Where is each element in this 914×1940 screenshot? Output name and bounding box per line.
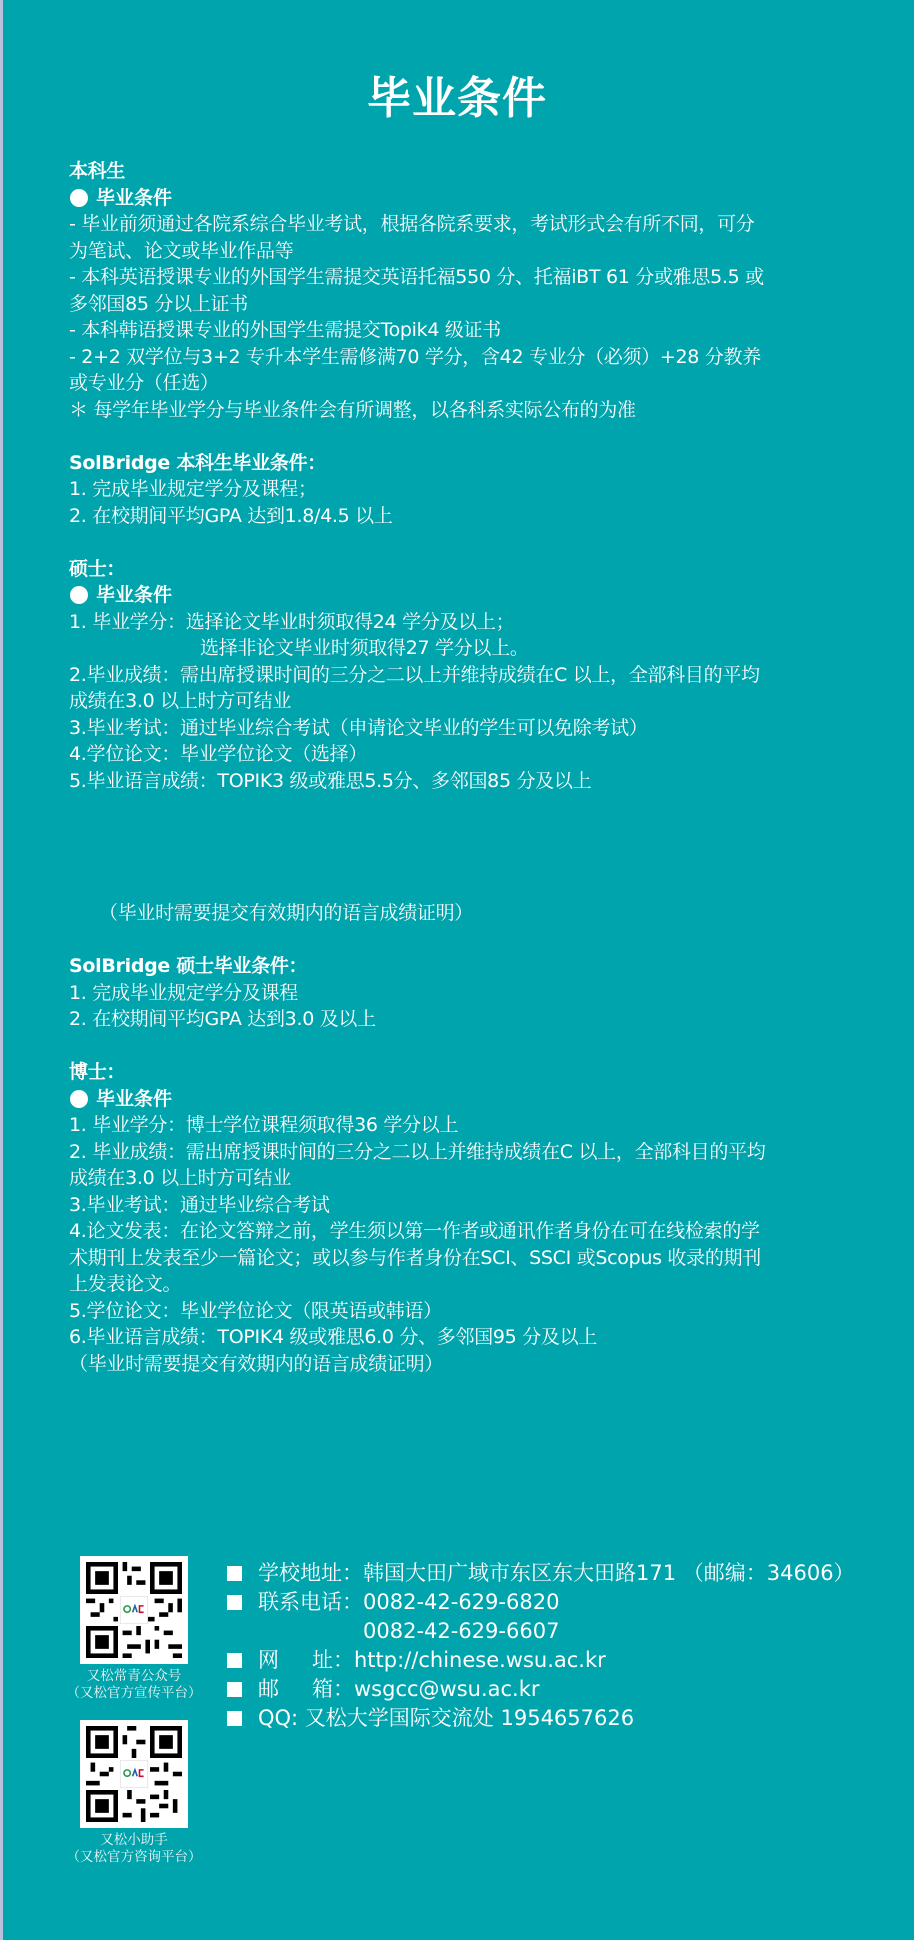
doctor-line: 6.毕业语言成绩：TOPIK4 级或雅思6.0 分、多邻国95 分及以上: [69, 1324, 869, 1351]
contact-website: 网 址： http://chinese.wsu.ac.kr: [227, 1646, 855, 1675]
qr-code-icon[interactable]: [80, 1720, 188, 1828]
undergrad-line: - 毕业前须通过各院系综合毕业考试，根据各院系要求，考试形式会有所不同，可分: [69, 211, 869, 238]
doctor-line: 成绩在3.0 以上时方可结业: [69, 1165, 869, 1192]
undergrad-section: 本科生 毕业条件 - 毕业前须通过各院系综合毕业考试，根据各院系要求，考试形式会…: [69, 158, 869, 529]
contact-address: 学校地址： 韩国大田广域市东区东大田路171 （邮编：34606）: [227, 1559, 855, 1588]
solbridge-undergrad-line: 1. 完成毕业规定学分及课程；: [69, 476, 869, 503]
solbridge-master-line: 1. 完成毕业规定学分及课程: [69, 980, 869, 1007]
email-label-colon: ：: [333, 1675, 354, 1704]
website-label: 网 址：: [258, 1646, 354, 1675]
solbridge-master-heading: SolBridge 硕士毕业条件：: [69, 953, 869, 980]
contact-phone: 联系电话： 0082-42-629-6820: [227, 1588, 855, 1617]
master-language-note: （毕业时需要提交有效期内的语言成绩证明）: [69, 900, 869, 927]
doctor-line: 术期刊上发表至少一篇论文；或以参与作者身份在SCI、SSCI 或Scopus 收…: [69, 1245, 869, 1272]
doctor-line: 上发表论文。: [69, 1271, 869, 1298]
qr-code-icon[interactable]: [80, 1556, 188, 1664]
doctor-line: 3.毕业考试：通过毕业综合考试: [69, 1192, 869, 1219]
subheading-label: 毕业条件: [96, 582, 172, 609]
undergrad-note: ＊ 每学年毕业学分与毕业条件会有所调整，以各科系实际公布的为准: [69, 397, 869, 424]
master-line: 1. 毕业学分：选择论文毕业时须取得24 学分及以上；: [69, 609, 869, 636]
square-bullet-icon: [227, 1682, 242, 1697]
contact-email: 邮 箱： wsgcc@wsu.ac.kr: [227, 1675, 855, 1704]
undergrad-subheading: 毕业条件: [69, 185, 869, 212]
master-line: 4.学位论文：毕业学位论文（选择）: [69, 741, 869, 768]
master-heading: 硕士：: [69, 556, 869, 583]
qr-caption-subtitle: （又松官方宣传平台）: [54, 1685, 214, 1702]
doctor-section: 博士： 毕业条件 1. 毕业学分：博士学位课程须取得36 学分以上 2. 毕业成…: [69, 1059, 869, 1377]
contact-qq: QQ: 又松大学国际交流处 1954657626: [227, 1704, 855, 1733]
website-link[interactable]: http://chinese.wsu.ac.kr: [354, 1646, 606, 1675]
qr-caption-title: 又松常青公众号: [54, 1668, 214, 1685]
qq-value: 又松大学国际交流处 1954657626: [305, 1704, 634, 1733]
phone-value[interactable]: 0082-42-629-6607: [363, 1617, 559, 1646]
undergrad-line: - 本科韩语授课专业的外国学生需提交Topik4 级证书: [69, 317, 869, 344]
email-label: 邮 箱：: [258, 1675, 354, 1704]
bullet-dot-icon: [70, 586, 88, 604]
doctor-line: 5.学位论文：毕业学位论文（限英语或韩语）: [69, 1298, 869, 1325]
undergrad-line: 或专业分（任选）: [69, 370, 869, 397]
master-subheading: 毕业条件: [69, 582, 869, 609]
address-label: 学校地址：: [258, 1559, 363, 1588]
email-link[interactable]: wsgcc@wsu.ac.kr: [354, 1675, 540, 1704]
master-line: 5.毕业语言成绩：TOPIK3 级或雅思5.5分、多邻国85 分及以上: [69, 768, 869, 795]
master-line: 成绩在3.0 以上时方可结业: [69, 688, 869, 715]
main-content: 本科生 毕业条件 - 毕业前须通过各院系综合毕业考试，根据各院系要求，考试形式会…: [69, 158, 869, 1377]
square-bullet-icon: [227, 1595, 242, 1610]
contact-phone-2: 联系电话： 0082-42-629-6607: [227, 1617, 855, 1646]
qr-caption-title: 又松小助手: [54, 1832, 214, 1849]
undergrad-heading: 本科生: [69, 158, 869, 185]
square-bullet-icon: [227, 1711, 242, 1726]
subheading-label: 毕业条件: [96, 1086, 172, 1113]
doctor-line: 4.论文发表：在论文答辩之前，学生须以第一作者或通讯作者身份在可在线检索的学: [69, 1218, 869, 1245]
contact-info: 学校地址： 韩国大田广域市东区东大田路171 （邮编：34606） 联系电话： …: [227, 1559, 855, 1733]
left-border: [0, 0, 3, 1940]
address-value: 韩国大田广域市东区东大田路171 （邮编：34606）: [363, 1559, 855, 1588]
solbridge-undergrad-heading: SolBridge 本科生毕业条件：: [69, 450, 869, 477]
email-label-char: 箱: [312, 1675, 333, 1704]
phone-label: 联系电话：: [258, 1588, 363, 1617]
website-label-char: 网: [258, 1646, 279, 1675]
bullet-dot-icon: [70, 189, 88, 207]
subheading-label: 毕业条件: [96, 185, 172, 212]
master-line: 2.毕业成绩：需出席授课时间的三分之二以上并维持成绩在C 以上，全部科目的平均: [69, 662, 869, 689]
bullet-dot-icon: [70, 1090, 88, 1108]
solbridge-master-line: 2. 在校期间平均GPA 达到3.0 及以上: [69, 1006, 869, 1033]
qr-block-assistant: 又松小助手 （又松官方咨询平台）: [54, 1720, 214, 1866]
website-label-char: 址: [312, 1646, 333, 1675]
solbridge-undergrad-line: 2. 在校期间平均GPA 达到1.8/4.5 以上: [69, 503, 869, 530]
website-label-colon: ：: [333, 1646, 354, 1675]
qq-label: QQ:: [258, 1704, 305, 1733]
qr-block-wechat-account: 又松常青公众号 （又松官方宣传平台）: [54, 1556, 214, 1702]
doctor-line: 1. 毕业学分：博士学位课程须取得36 学分以上: [69, 1112, 869, 1139]
undergrad-line: - 本科英语授课专业的外国学生需提交英语托福550 分、托福iBT 61 分或雅…: [69, 264, 869, 291]
undergrad-line: 多邻国85 分以上证书: [69, 291, 869, 318]
undergrad-line: 为笔试、论文或毕业作品等: [69, 238, 869, 265]
qr-caption-subtitle: （又松官方咨询平台）: [54, 1849, 214, 1866]
email-label-char: 邮: [258, 1675, 279, 1704]
phone-value[interactable]: 0082-42-629-6820: [363, 1588, 559, 1617]
square-bullet-icon: [227, 1566, 242, 1581]
doctor-line: 2. 毕业成绩：需出席授课时间的三分之二以上并维持成绩在C 以上，全部科目的平均: [69, 1139, 869, 1166]
page-title: 毕业条件: [0, 62, 914, 126]
doctor-heading: 博士：: [69, 1059, 869, 1086]
master-section: 硕士： 毕业条件 1. 毕业学分：选择论文毕业时须取得24 学分及以上； 选择非…: [69, 556, 869, 1033]
master-line: 3.毕业考试：通过毕业综合考试（申请论文毕业的学生可以免除考试）: [69, 715, 869, 742]
master-line: 选择非论文毕业时须取得27 学分以上。: [69, 635, 869, 662]
doctor-language-note: （毕业时需要提交有效期内的语言成绩证明）: [69, 1351, 869, 1378]
undergrad-line: - 2+2 双学位与3+2 专升本学生需修满70 学分，含42 专业分（必须）+…: [69, 344, 869, 371]
doctor-subheading: 毕业条件: [69, 1086, 869, 1113]
square-bullet-icon: [227, 1653, 242, 1668]
